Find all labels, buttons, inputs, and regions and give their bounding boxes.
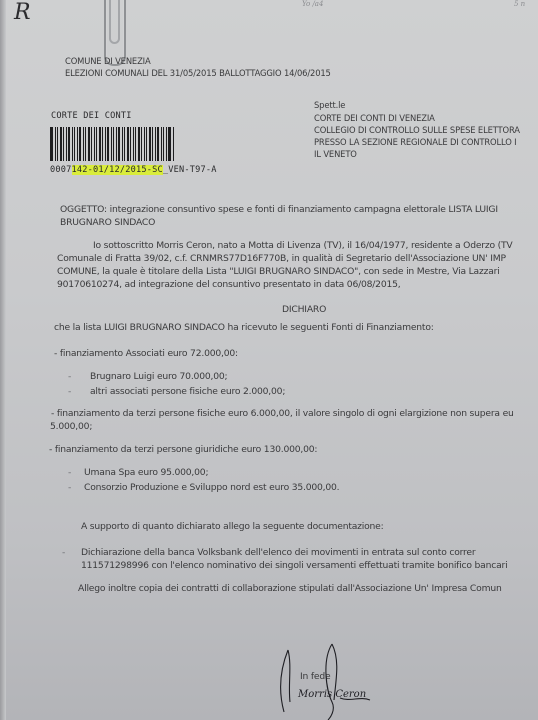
funding-item: Consorzio Produzione e Sviluppo nord est… — [84, 482, 339, 494]
recipient-salutation: Spett.le — [314, 100, 345, 111]
header-municipality: COMUNE DI VENEZIA — [65, 56, 151, 67]
barcode-icon — [50, 127, 180, 161]
funding-section-title: - finanziamento Associati euro 72.000,00… — [54, 348, 238, 360]
funding-section-title: - finanziamento da terzi persone fisiche… — [51, 408, 514, 420]
protocol-prefix: 0007 — [50, 165, 72, 175]
handwritten-signature-icon — [270, 640, 390, 720]
declaration-heading: DICHIARO — [282, 304, 326, 316]
protocol-highlighted: 142-01/12/2015-SC — [72, 165, 163, 175]
declaration-lead: che la lista LUIGI BRUGNARO SINDACO ha r… — [54, 322, 434, 334]
handwritten-top-note: Yo /a4 — [302, 0, 323, 8]
recipient-line: CORTE DEI CONTI DI VENEZIA — [314, 113, 435, 124]
header-election-dates: ELEZIONI COMUNALI DEL 31/05/2015 BALLOTT… — [65, 68, 331, 79]
scanned-document-page: R Yo /a4 5 n COMUNE DI VENEZIA ELEZIONI … — [0, 0, 538, 720]
attachments-also: Allego inoltre copia dei contratti di co… — [78, 583, 502, 595]
bullet-dash: - — [62, 547, 65, 559]
intro-line: COMUNE, la quale è titolare della Lista … — [57, 266, 500, 278]
funding-section-title-cont: 5.000,00; — [50, 421, 92, 433]
bullet-dash: - — [68, 371, 71, 383]
recipient-line: COLLEGIO DI CONTROLLO SULLE SPESE ELETTO… — [314, 125, 520, 136]
intro-line: Comunale di Fratta 39/02, c.f. CRNMRS77D… — [57, 253, 506, 265]
recipient-line: PRESSO LA SEZIONE REGIONALE DI CONTROLLO… — [314, 137, 516, 148]
funding-item: Brugnaro Luigi euro 70.000,00; — [90, 371, 227, 383]
funding-item: altri associati persone fisiche euro 2.0… — [90, 386, 285, 398]
attachment-item-cont: 111571298996 con l'elenco nominativo dei… — [81, 560, 507, 572]
intro-line: 90170610274, ad integrazione del consunt… — [57, 279, 401, 291]
bullet-dash: - — [68, 386, 71, 398]
bullet-dash: - — [68, 467, 71, 479]
subject-line: OGGETTO: integrazione consuntivo spese e… — [60, 204, 498, 216]
funding-item: Umana Spa euro 95.000,00; — [84, 467, 208, 479]
protocol-suffix: _VEN-T97-A — [163, 165, 217, 175]
attachment-item: Dichiarazione della banca Volksbank dell… — [81, 547, 475, 559]
page-edge-shadow — [0, 0, 6, 720]
funding-section-title: - finanziamento da terzi persone giuridi… — [49, 444, 317, 456]
attachments-lead: A supporto di quanto dichiarato allego l… — [81, 521, 384, 533]
handwritten-top-right-note: 5 n — [514, 0, 525, 8]
intro-line: Io sottoscritto Morris Ceron, nato a Mot… — [93, 240, 513, 252]
subject-line-cont: BRUGNARO SINDACO — [60, 217, 155, 229]
bullet-dash: - — [68, 482, 71, 494]
handwritten-corner-mark: R — [14, 0, 31, 25]
recipient-line: IL VENETO — [314, 149, 357, 160]
stamp-protocol-code: 0007142-01/12/2015-SC_VEN-T97-A — [50, 165, 217, 175]
stamp-title: CORTE DEI CONTI — [51, 111, 132, 121]
